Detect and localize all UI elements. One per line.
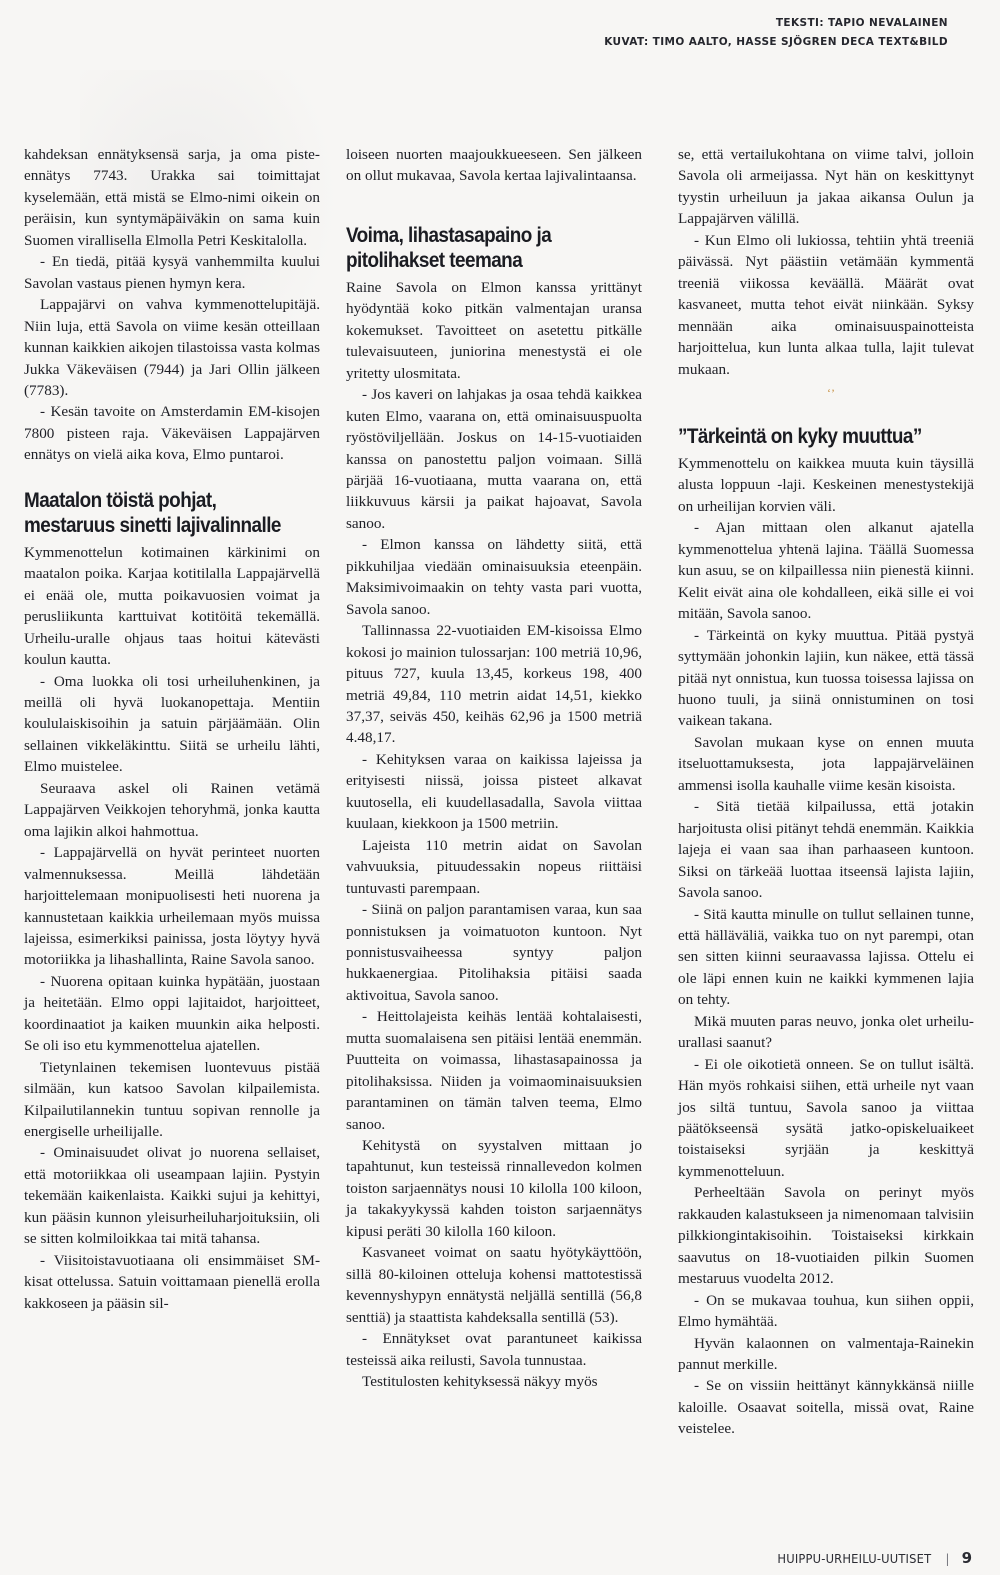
paragraph: Perheeltään Savola on perinyt myös rakka…	[678, 1182, 974, 1289]
paragraph: Tallinnassa 22-vuotiaiden EM-kisoissa El…	[346, 620, 642, 749]
paragraph: Lappajärvi on vahva kymmenottelupitäjä. …	[24, 294, 320, 401]
paragraph: - Kun Elmo oli lukiossa, tehtiin yhtä tr…	[678, 230, 974, 380]
paragraph: Savolan mukaan kyse on ennen muuta itsel…	[678, 732, 974, 796]
paragraph: - Sitä tietää kilpailussa, että jotakin …	[678, 796, 974, 903]
footer-separator: |	[945, 1551, 949, 1566]
paragraph: - Sitä kautta minulle on tullut sellaine…	[678, 904, 974, 1011]
paragraph: - Ei ole oikotietä onneen. Se on tullut …	[678, 1054, 974, 1183]
paragraph: Kymmenottelun kotimainen kärkinimi on ma…	[24, 542, 320, 671]
photo-credit: KUVAT: TIMO AALTO, HASSE SJÖGREN DECA TE…	[604, 33, 948, 52]
text-credit: TEKSTI: TAPIO NEVALAINEN	[604, 14, 948, 33]
paragraph: - Lappajärvellä on hyvät perinteet nuort…	[24, 842, 320, 971]
paragraph: - En tiedä, pitää kysyä vanhemmilta kuul…	[24, 251, 320, 294]
section-heading: Maatalon töistä pohjat, mestaruus sinett…	[24, 488, 290, 538]
paragraph: - Elmon kanssa on lähdetty siitä, että p…	[346, 534, 642, 620]
publication-name: HUIPPU-URHEILU-UUTISET	[777, 1551, 931, 1566]
paragraph: Lajeista 110 metrin aidat on Savolan vah…	[346, 835, 642, 899]
paragraph: Kasvaneet voimat on saatu hyötykäyttöön,…	[346, 1242, 642, 1328]
decorative-mark-icon: ˙ ´	[104, 552, 113, 563]
paragraph: - Viisitoistavuotiaana oli ensimmäiset S…	[24, 1250, 320, 1314]
paragraph: - Jos kaveri on lahjakas ja osaa tehdä k…	[346, 384, 642, 534]
heading-line: mestaruus sinetti lajivalinnalle	[24, 513, 290, 538]
section-heading: Voima, lihastasapaino ja pitolihakset te…	[346, 223, 612, 273]
article-credits: TEKSTI: TAPIO NEVALAINEN KUVAT: TIMO AAL…	[604, 14, 948, 52]
paragraph: Kymmenottelu on kaikkea muuta kuin täysi…	[678, 453, 974, 517]
heading-line: pitolihakset teemana	[346, 248, 612, 273]
paragraph: - Ajan mittaan olen alkanut ajatella kym…	[678, 517, 974, 624]
article-column-1: kahdeksan ennätyksensä sarja, ja oma pis…	[24, 144, 320, 1314]
paragraph: Mikä muuten paras neuvo, jonka olet urhe…	[678, 1011, 974, 1054]
heading-line: Maatalon töistä pohjat,	[24, 488, 290, 513]
paragraph: kahdeksan ennätyksensä sarja, ja oma pis…	[24, 144, 320, 251]
page-footer: HUIPPU-URHEILU-UUTISET | 9	[764, 1549, 972, 1567]
paragraph: - Tärkeintä on kyky muuttua. Pitää pysty…	[678, 625, 974, 732]
article-column-2: loiseen nuorten maajoukkueeseen. Sen jäl…	[346, 144, 642, 1392]
page-number: 9	[962, 1549, 972, 1567]
paragraph: - Oma luokka oli tosi urheiluhenkinen, j…	[24, 671, 320, 778]
paragraph: Seuraava askel oli Rainen vetämä Lappajä…	[24, 778, 320, 842]
quote-ornament-icon: ‘’	[678, 388, 974, 398]
paragraph: Kehitystä on syystalven mittaan jo tapah…	[346, 1135, 642, 1242]
paragraph: Hyvän kalaonnen on valmentaja-Rainekin p…	[678, 1333, 974, 1376]
paragraph: - Ominaisuudet olivat jo nuorena sellais…	[24, 1142, 320, 1249]
heading-line: Voima, lihastasapaino ja	[346, 223, 612, 248]
paragraph: - Heittolajeista keihäs lentää kohtalais…	[346, 1006, 642, 1135]
paragraph: - Nuorena opitaan kuinka hypätään, juost…	[24, 971, 320, 1057]
heading-line: ”Tärkeintä on kyky muuttua”	[678, 424, 944, 449]
paragraph: Tietynlainen tekemisen luontevuus pistää…	[24, 1057, 320, 1143]
paragraph: Testitulosten kehityksessä näkyy myös	[346, 1371, 642, 1392]
article-column-3: se, että vertailukohtana on viime talvi,…	[678, 144, 974, 1440]
section-heading: ”Tärkeintä on kyky muuttua”	[678, 424, 944, 449]
paragraph: - Ennätykset ovat parantuneet kaikissa t…	[346, 1328, 642, 1371]
paragraph: - Se on vissiin heittänyt kännykkänsä ni…	[678, 1375, 974, 1439]
paragraph: - Siinä on paljon parantamisen varaa, ku…	[346, 899, 642, 1006]
paragraph: - Kehityksen varaa on kaikissa lajeissa …	[346, 749, 642, 835]
paragraph: - On se mukavaa touhua, kun siihen oppii…	[678, 1290, 974, 1333]
paragraph: Raine Savola on Elmon kanssa yrittänyt h…	[346, 277, 642, 384]
paragraph: loiseen nuorten maajoukkueeseen. Sen jäl…	[346, 144, 642, 187]
paragraph: se, että vertailukohtana on viime talvi,…	[678, 144, 974, 230]
paragraph: - Kesän tavoite on Amsterdamin EM-kisoje…	[24, 401, 320, 465]
